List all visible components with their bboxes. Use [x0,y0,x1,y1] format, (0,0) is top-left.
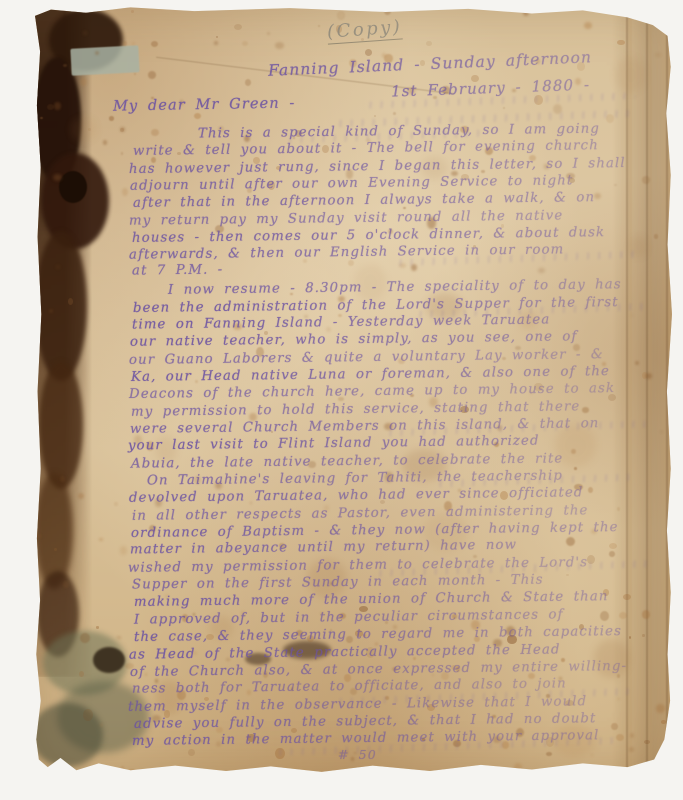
foxing-spot [652,12,658,20]
page-number-mark: # 50 [338,747,377,762]
handwriting-line: ordinance of Baptism - & they now (after… [131,520,619,541]
foxing-spot [368,767,371,771]
foxing-spot [127,769,137,779]
handwriting-line: my action in the matter would meet with … [132,728,600,749]
letter-paper: (Copy) Fanning Island - Sunday afternoon… [35,5,672,778]
handwriting-line: matter in abeyance until my return) have… [130,538,517,558]
handwriting-line: our native teacher, who is simply, as yo… [130,329,578,349]
foxing-spot [274,768,281,776]
handwriting-layer: (Copy) Fanning Island - Sunday afternoon… [35,5,672,778]
handwriting-line: my return pay my Sunday visit round all … [129,208,563,228]
heading-place-line: Fanning Island - Sunday afternoon [268,48,593,80]
foxing-spot [640,12,646,19]
foxing-spot [644,5,648,10]
heading-date-line: 1st February - 1880 - [391,76,591,101]
handwriting-line: as Head of the State practically accepte… [129,642,561,662]
handwriting-line: Supper on the first Sunday in each month… [132,573,544,593]
handwriting-line: ness both for Taruatea to officiate, and… [132,677,567,697]
scanned-letter-page: (Copy) Fanning Island - Sunday afternoon… [0,0,683,800]
handwriting-line: I approved of, but in the peculiar circu… [134,607,564,627]
salutation: My dear Mr Green - [113,95,296,114]
copy-annotation: (Copy) [326,16,403,42]
handwriting-line: at 7 P.M. - [132,262,224,278]
foxing-spot [521,5,523,7]
handwriting-line: afterwards, & then our English Service i… [129,243,565,263]
handwriting-line: your last visit to Flint Island you had … [128,434,540,454]
handwriting-line: devolved upon Taruatea, who had ever sin… [129,486,584,507]
handwriting-line: write & tell you about it - The bell for… [133,138,599,159]
foxing-spot [381,768,388,776]
